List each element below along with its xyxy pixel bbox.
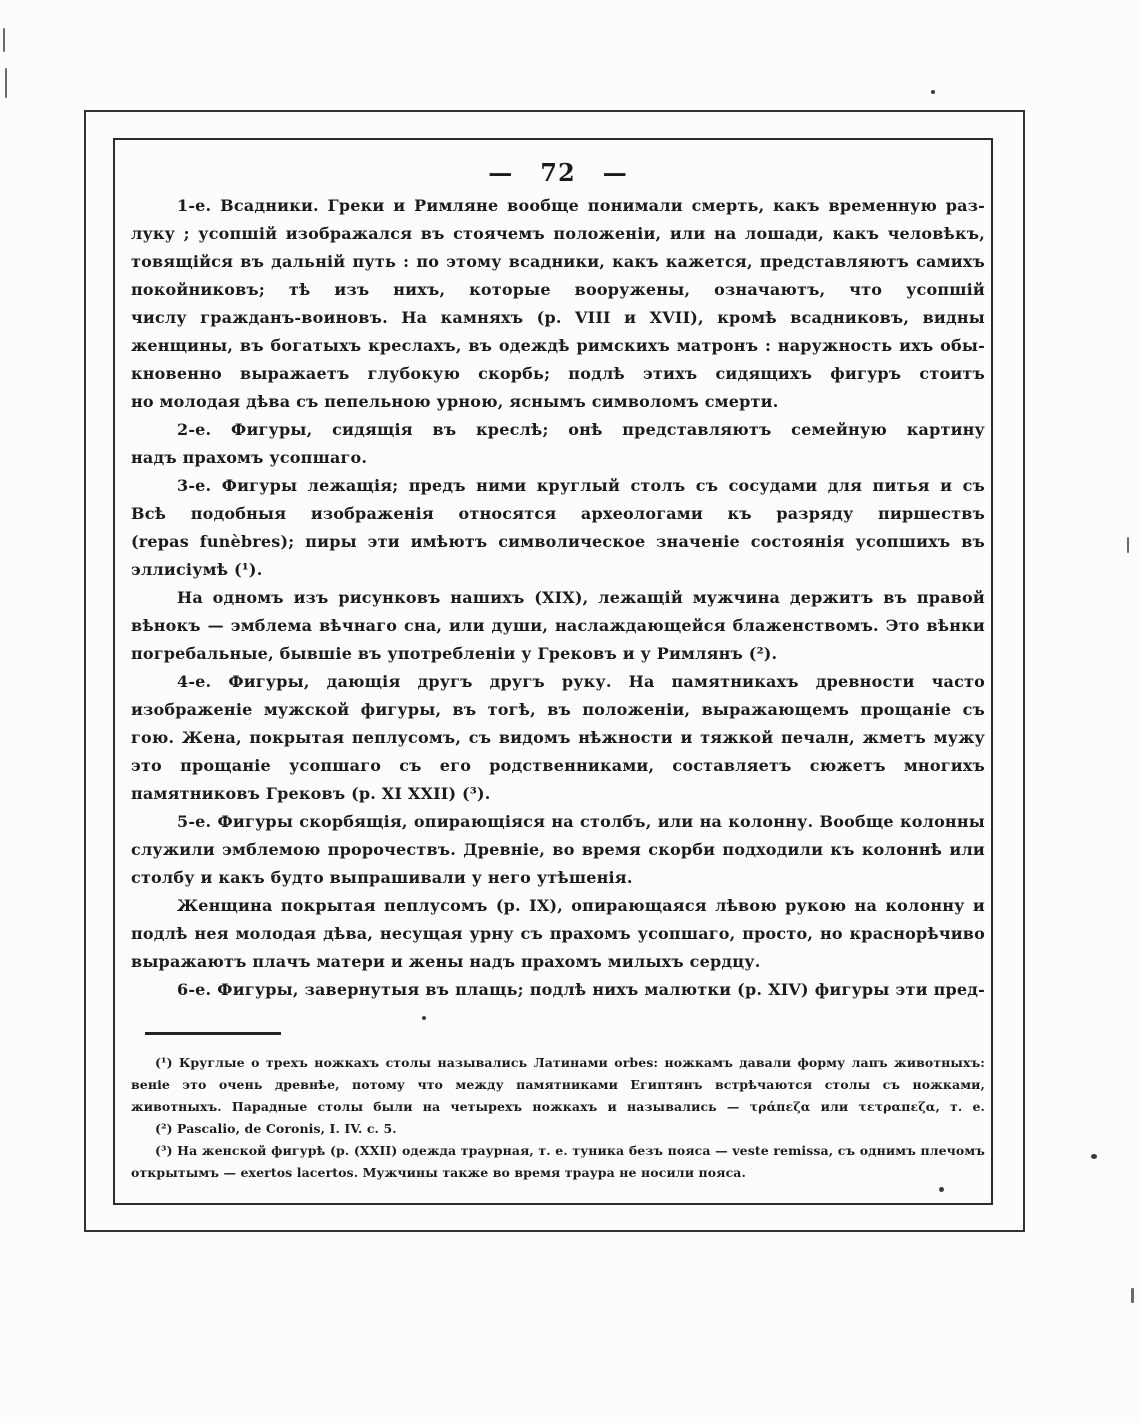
text-line: изображеніе мужской фигуры, въ тогѣ, въ … xyxy=(131,696,985,724)
footnote-line: (¹) Круглые о трехъ ножкахъ столы называ… xyxy=(131,1052,985,1074)
text-line: эллисіумѣ (¹). xyxy=(131,556,985,584)
footnote-1: (¹) Круглые о трехъ ножкахъ столы называ… xyxy=(131,1052,985,1118)
body-text: 1-е. Всадники. Греки и Римляне вообще по… xyxy=(131,192,985,1004)
paragraph-5: 4-е. Фигуры, дающія другъ другъ руку. На… xyxy=(131,668,985,808)
scan-artifact xyxy=(3,28,5,52)
page-header: — 72 — xyxy=(131,160,985,186)
text-line: На одномъ изъ рисунковъ нашихъ (XIX), ле… xyxy=(131,584,985,612)
paragraph-6: 5-е. Фигуры скорбящія, опирающіяся на ст… xyxy=(131,808,985,892)
footnote-3: (³) На женской фигурѣ (р. (XXII) одежда … xyxy=(131,1140,985,1184)
paragraph-2: 2-е. Фигуры, сидящія въ креслѣ; онѣ пред… xyxy=(131,416,985,472)
scan-artifact xyxy=(1131,1288,1134,1303)
text-line: столбу и какъ будто выпрашивали у него у… xyxy=(131,864,985,892)
text-line: вѣнокъ — эмблема вѣчнаго сна, или души, … xyxy=(131,612,985,640)
footnote-2: (²) Pascalio, de Coronis, I. IV. c. 5. xyxy=(131,1118,985,1140)
text-line: но молодая дѣва съ пепельною урною, ясны… xyxy=(131,388,985,416)
paragraph-4: На одномъ изъ рисунковъ нашихъ (XIX), ле… xyxy=(131,584,985,668)
text-line: женщины, въ богатыхъ креслахъ, въ одеждѣ… xyxy=(131,332,985,360)
text-line: выражаютъ плачъ матери и жены надъ прахо… xyxy=(131,948,985,976)
paragraph-3: 3-е. Фигуры лежащія; предъ ними круглый … xyxy=(131,472,985,584)
text-line: гою. Жена, покрытая пеплусомъ, съ видомъ… xyxy=(131,724,985,752)
footnote-line: открытымъ — exertos lacertos. Мужчины та… xyxy=(131,1162,985,1184)
text-line: погребальные, бывшіе въ употребленіи у Г… xyxy=(131,640,985,668)
header-dash-right: — xyxy=(603,160,628,186)
footnotes: (¹) Круглые о трехъ ножкахъ столы называ… xyxy=(131,1052,985,1184)
text-line: 4-е. Фигуры, дающія другъ другъ руку. На… xyxy=(131,668,985,696)
footnote-line: веніе это очень древнѣе, потому что межд… xyxy=(131,1074,985,1096)
text-line: Всѣ подобныя изображенія относятся архео… xyxy=(131,500,985,528)
header-dash-left: — xyxy=(488,160,513,186)
footnote-line: (²) Pascalio, de Coronis, I. IV. c. 5. xyxy=(131,1118,985,1140)
scan-artifact xyxy=(931,90,935,94)
text-line: товящійся въ дальній путь : по этому вса… xyxy=(131,248,985,276)
page-number: 72 xyxy=(540,160,575,186)
text-line: 1-е. Всадники. Греки и Римляне вообще по… xyxy=(131,192,985,220)
text-line: луку ; усопшій изображался въ стоячемъ п… xyxy=(131,220,985,248)
text-line: 6-е. Фигуры, завернутыя въ плащь; подлѣ … xyxy=(131,976,985,1004)
text-line: числу гражданъ-воиновъ. На камняхъ (р. V… xyxy=(131,304,985,332)
scan-artifact xyxy=(5,68,7,98)
footnote-line: животныхъ. Парадные столы были на четыре… xyxy=(131,1096,985,1118)
text-line: подлѣ нея молодая дѣва, несущая урну съ … xyxy=(131,920,985,948)
text-line: 3-е. Фигуры лежащія; предъ ними круглый … xyxy=(131,472,985,500)
text-line: покойниковъ; тѣ изъ нихъ, которые вооруж… xyxy=(131,276,985,304)
text-line: памятниковъ Грековъ (р. XI XXII) (³). xyxy=(131,780,985,808)
scan-artifact xyxy=(1127,537,1129,553)
scanned-book-page: { "colors": { "ink": "#1b1b1b", "paper":… xyxy=(0,0,1140,1423)
text-line: служили эмблемою пророчествъ. Древніе, в… xyxy=(131,836,985,864)
text-line: кновенно выражаетъ глубокую скорбь; подл… xyxy=(131,360,985,388)
text-line: 5-е. Фигуры скорбящія, опирающіяся на ст… xyxy=(131,808,985,836)
footnote-line: (³) На женской фигурѣ (р. (XXII) одежда … xyxy=(131,1140,985,1162)
text-line: 2-е. Фигуры, сидящія въ креслѣ; онѣ пред… xyxy=(131,416,985,444)
text-line: надъ прахомъ усопшаго. xyxy=(131,444,985,472)
scan-artifact xyxy=(1091,1154,1097,1159)
paragraph-8: 6-е. Фигуры, завернутыя въ плащь; подлѣ … xyxy=(131,976,985,1004)
page-border-inner: — 72 — 1-е. Всадники. Греки и Римляне во… xyxy=(113,138,993,1205)
text-line: это прощаніе усопшаго съ его родственник… xyxy=(131,752,985,780)
footnote-separator xyxy=(145,1032,281,1035)
paragraph-7: Женщина покрытая пеплусомъ (р. IX), опир… xyxy=(131,892,985,976)
text-line: Женщина покрытая пеплусомъ (р. IX), опир… xyxy=(131,892,985,920)
paragraph-1: 1-е. Всадники. Греки и Римляне вообще по… xyxy=(131,192,985,416)
text-line: (repas funèbres); пиры эти имѣютъ символ… xyxy=(131,528,985,556)
